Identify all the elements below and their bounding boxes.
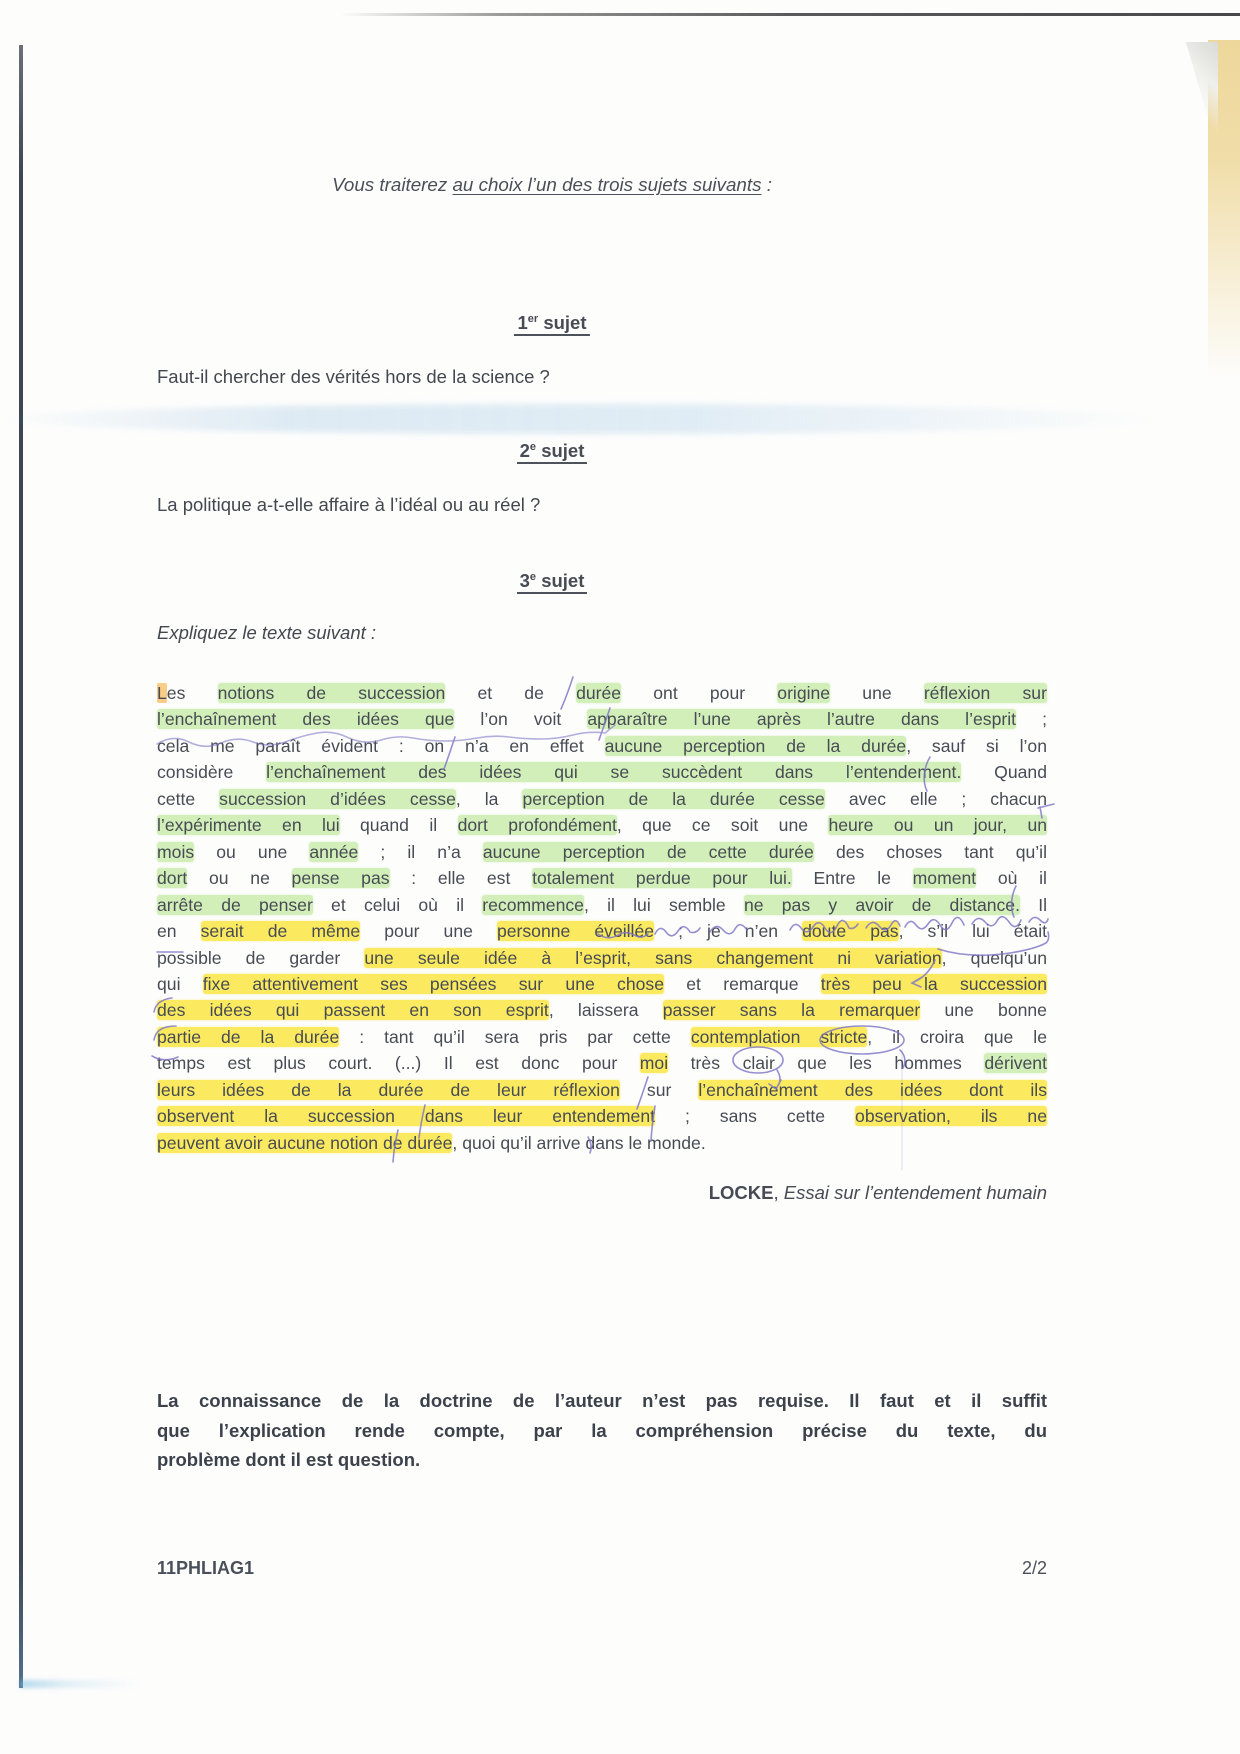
excerpt-line: partie de la durée : tant qu’il sera pri… [157,1024,1047,1050]
highlight-green: pense pas [292,868,390,888]
highlight-yellow: personne éveillée [497,921,654,941]
excerpt-line: observent la succession dans leur entend… [157,1103,1047,1129]
highlight-green: apparaître l’une après l’autre dans l’es… [587,709,1016,729]
highlight-green: notions de succession [218,683,446,703]
excerpt-line: considère l’enchaînement des idées qui s… [157,759,1047,785]
scan-left-edge [19,45,23,1688]
highlight-yellow: moi [640,1053,668,1073]
highlight-green: heure ou un jour, un [828,815,1047,835]
scan-blue-streak [0,404,1160,434]
excerpt-line: des idées qui passent en son esprit, lai… [157,997,1047,1023]
scan-top-edge [340,13,1240,16]
subject-3-prompt: Expliquez le texte suivant : [157,622,1047,644]
highlight-yellow: une seule idée à l’esprit, sans changeme… [364,948,941,968]
highlight-green: l’enchaînement des idées que [157,709,454,729]
excerpt-line: mois ou une année ; il n’a aucune percep… [157,839,1047,865]
excerpt-attribution: LOCKE, Essai sur l’entendement humain [157,1182,1047,1204]
excerpt-line: leurs idées de la durée de leur réflexio… [157,1077,1047,1103]
excerpt-line: l’enchaînement des idées que l’on voit a… [157,706,1047,732]
highlight-yellow: partie de la durée [157,1027,339,1047]
highlight-yellow: peuvent avoir aucune notion de durée [157,1133,452,1153]
subject-1-heading: 1er sujet [157,312,947,334]
excerpt-line: peuvent avoir aucune notion de durée, qu… [157,1130,1047,1156]
highlight-green: origine [777,683,830,703]
highlight-green: durée [576,683,621,703]
note-line: que l’explication rende compte, par la c… [157,1416,1047,1446]
excerpt-line: cette succession d’idées cesse, la perce… [157,786,1047,812]
examiner-note: La connaissance de la doctrine de l’aute… [157,1386,1047,1475]
excerpt-line: dort ou ne pense pas : elle est totaleme… [157,865,1047,891]
highlight-yellow: passer sans la remarquer [663,1000,920,1020]
author-name: LOCKE [709,1182,774,1203]
highlight-yellow: serait de même [201,921,361,941]
excerpt-line: arrête de penser et celui où il recommen… [157,892,1047,918]
highlight-yellow: l’enchaînement des idées dont ils [698,1080,1047,1100]
highlight-green: dort [157,868,187,888]
scan-smudge [20,1680,140,1688]
instruction-underlined: au choix l’un des trois sujets suivants [452,174,761,195]
highlight-green: mois [157,842,194,862]
highlight-green: ne pas y avoir de distance. [744,895,1020,915]
page-number: 2/2 [1022,1558,1047,1579]
highlight-orange: L [157,683,167,703]
highlight-yellow: observent la succession dans leur entend… [157,1106,655,1126]
highlight-yellow: très peu la succession [821,974,1047,994]
highlight-yellow: doute pas [802,921,898,941]
exam-code: 11PHLIAG1 [157,1558,254,1579]
highlight-green: aucune perception de la durée [605,736,907,756]
highlight-green: aucune perception de cette durée [483,842,814,862]
highlight-green: moment [913,868,977,888]
highlight-yellow: leurs idées de la durée de leur réflexio… [157,1080,620,1100]
excerpt-line: temps est plus court. (...) Il est donc … [157,1050,1047,1076]
highlight-green: réflexion sur [924,683,1047,703]
highlight-yellow: fixe attentivement ses pensées sur une c… [203,974,664,994]
subject-3-heading: 3e sujet [157,570,947,592]
highlight-yellow: contemplation stricte [691,1027,867,1047]
note-line: problème dont il est question. [157,1445,1047,1475]
highlight-green: dort profondément [458,815,617,835]
instruction-line: Vous traiterez au choix l’un des trois s… [157,174,947,196]
excerpt-line: Les notions de succession et de durée on… [157,680,1047,706]
page-footer: 11PHLIAG1 2/2 [157,1558,1047,1579]
excerpt-line: en serait de même pour une personne évei… [157,918,1047,944]
subject-1-question: Faut-il chercher des vérités hors de la … [157,366,1047,388]
highlight-green: arrête de penser [157,895,313,915]
highlight-green: l’enchaînement des idées qui se succèden… [266,762,961,782]
highlight-green: totalement perdue pour lui. [532,868,792,888]
highlight-green: succession d’idées cesse [219,789,456,809]
highlight-yellow: observation, ils ne [855,1106,1047,1126]
note-line: La connaissance de la doctrine de l’aute… [157,1386,1047,1416]
excerpt-line: l’expérimente en lui quand il dort profo… [157,812,1047,838]
highlight-green: année [309,842,358,862]
subject-2-question: La politique a-t-elle affaire à l’idéal … [157,494,1047,516]
subject-2-heading: 2e sujet [157,440,947,462]
excerpt-line: cela me paraît évident : on n’a en effet… [157,733,1047,759]
highlight-green: recommence [482,895,584,915]
work-title: Essai sur l’entendement humain [784,1182,1047,1203]
excerpt-line: possible de garder une seule idée à l’es… [157,945,1047,971]
highlight-green: perception de la durée cesse [522,789,824,809]
excerpt-line: qui fixe attentivement ses pensées sur u… [157,971,1047,997]
highlight-green: l’expérimente en lui [157,815,340,835]
highlight-green: dérivent [984,1053,1047,1073]
document-page: Vous traiterez au choix l’un des trois s… [0,0,1240,1754]
excerpt-paragraph: Les notions de succession et de durée on… [157,680,1047,1156]
highlight-yellow: des idées qui passent en son esprit [157,1000,549,1020]
